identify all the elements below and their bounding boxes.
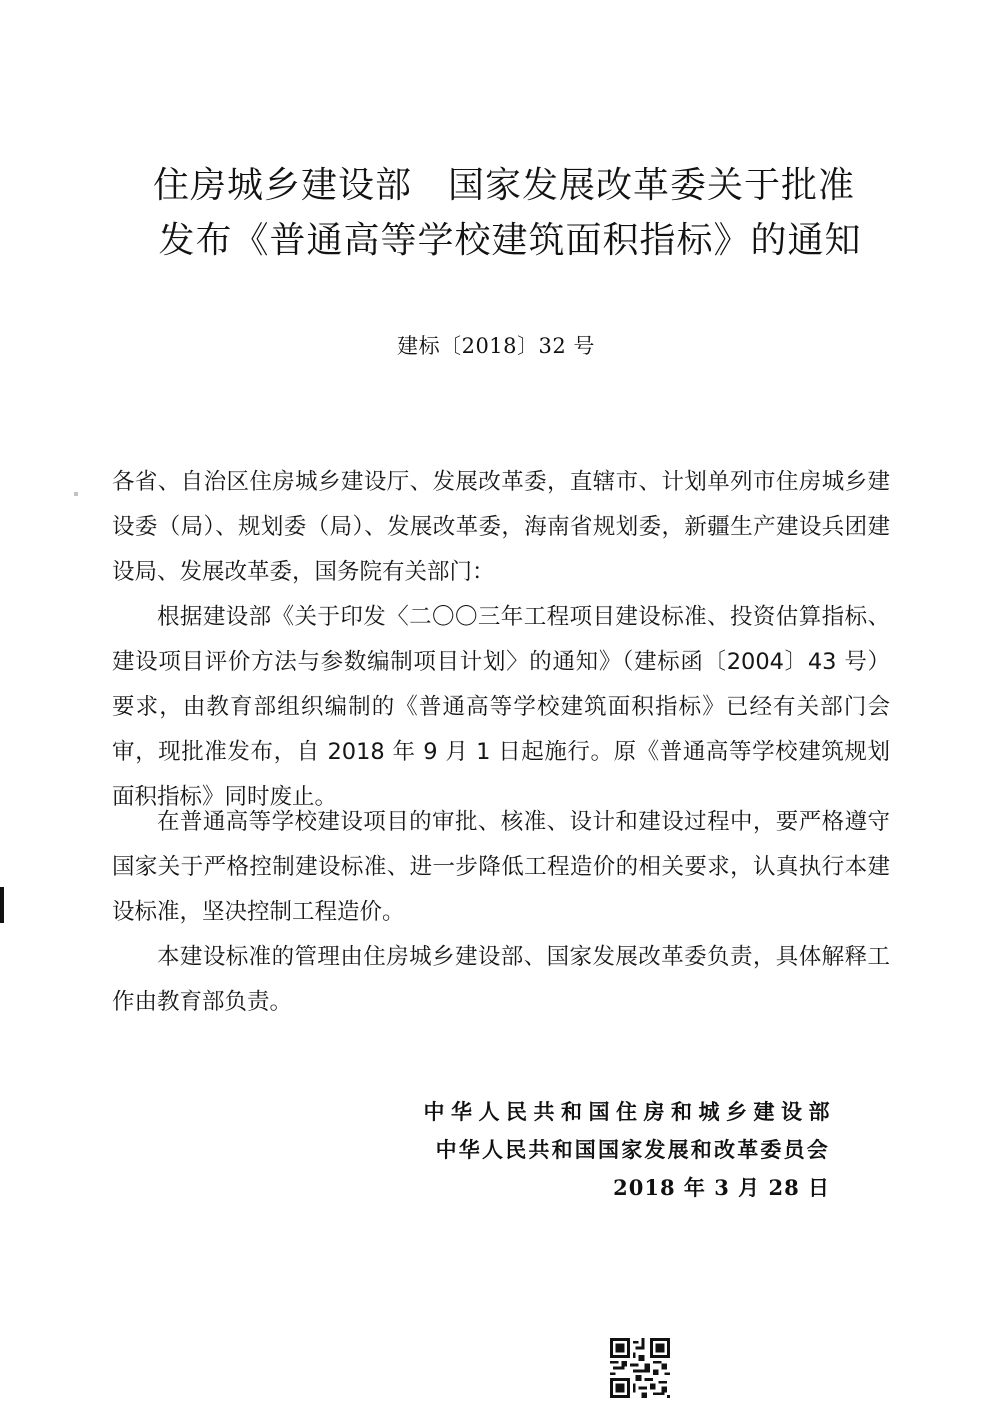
qr-code-icon xyxy=(610,1337,670,1399)
paragraph-2-block: 在普通高等学校建设项目的审批、核准、设计和建设过程中，要严格遵守国家关于严格控制… xyxy=(112,800,890,935)
signature-date: 2018 年 3 月 28 日 xyxy=(613,1169,830,1207)
document-number: 建标〔2018〕32 号 xyxy=(0,330,992,360)
paragraph-2: 在普通高等学校建设项目的审批、核准、设计和建设过程中，要严格遵守国家关于严格控制… xyxy=(112,800,890,935)
notice-title-line-1: 住房城乡建设部国家发展改革委关于批准 xyxy=(8,160,992,212)
signature-ministry-housing: 中华人民共和国住房和城乡建设部 xyxy=(424,1093,837,1131)
salutation: 各省、自治区住房城乡建设厅、发展改革委，直辖市、计划单列市住房城乡建设委（局）、… xyxy=(112,460,890,595)
scan-edge-mark xyxy=(0,887,4,923)
paragraph-1-block: 根据建设部《关于印发〈二〇〇三年工程项目建设标准、投资估算指标、建设项目评价方法… xyxy=(112,595,890,820)
scan-speck xyxy=(74,492,78,496)
salutation-block: 各省、自治区住房城乡建设厅、发展改革委，直辖市、计划单列市住房城乡建设委（局）、… xyxy=(112,460,890,595)
notice-title-line-2: 发布《普通高等学校建筑面积指标》的通知 xyxy=(14,215,992,267)
paragraph-1: 根据建设部《关于印发〈二〇〇三年工程项目建设标准、投资估算指标、建设项目评价方法… xyxy=(112,595,890,820)
paragraph-3-block: 本建设标准的管理由住房城乡建设部、国家发展改革委负责，具体解释工作由教育部负责。 xyxy=(112,935,890,1025)
paragraph-3: 本建设标准的管理由住房城乡建设部、国家发展改革委负责，具体解释工作由教育部负责。 xyxy=(112,935,890,1025)
signature-ndrc: 中华人民共和国国家发展和改革委员会 xyxy=(436,1131,830,1169)
title-issuer-1: 住房城乡建设部 xyxy=(153,165,412,206)
title-issuer-2: 国家发展改革委关于批准 xyxy=(448,165,855,206)
